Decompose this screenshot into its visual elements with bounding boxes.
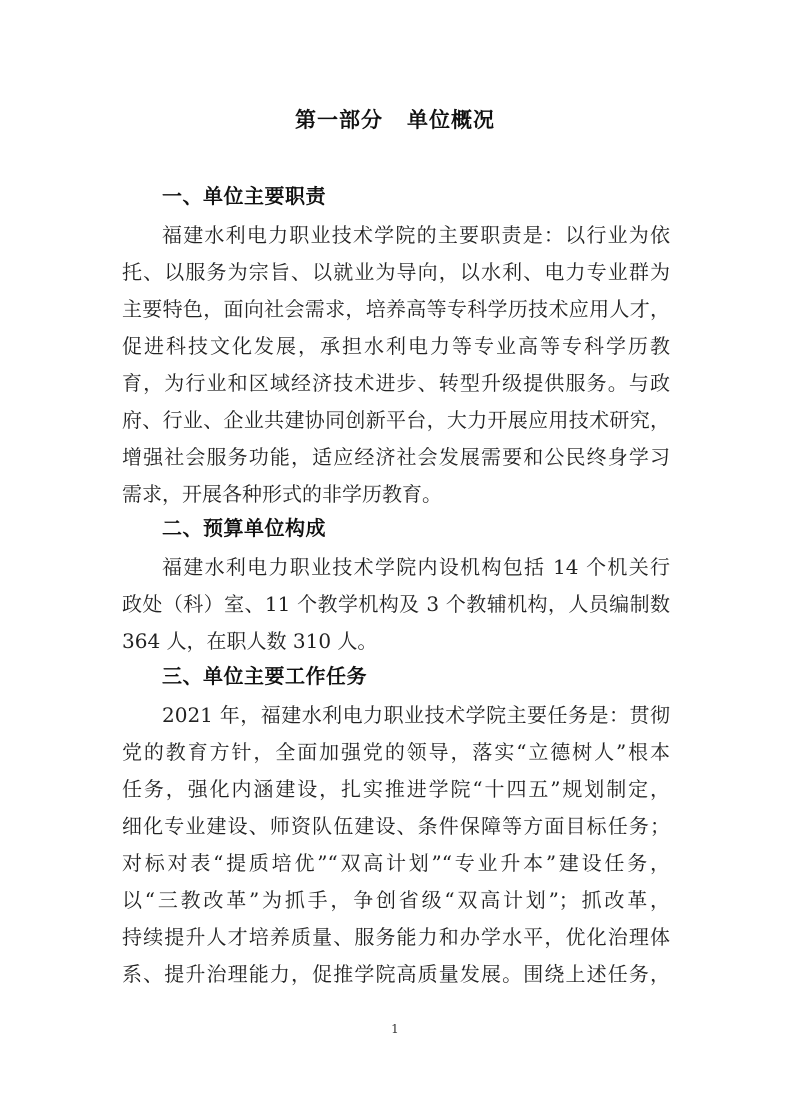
- text-line: 增强社会服务功能，适应经济社会发展需要和公民终身学习: [122, 439, 670, 476]
- title-part: 第一部分: [295, 108, 383, 132]
- section-body-tasks: 2021 年，福建水利电力职业技术学院主要任务是：贯彻 党的教育方针，全面加强党…: [122, 697, 670, 993]
- text-line: 任务，强化内涵建设，扎实推进学院“十四五”规划制定，: [122, 771, 670, 808]
- section-heading-duties: 一、单位主要职责: [162, 180, 326, 209]
- text-line: 细化专业建设、师资队伍建设、条件保障等方面目标任务；: [122, 808, 670, 845]
- section-heading-structure: 二、预算单位构成: [162, 512, 326, 541]
- text-line: 2021 年，福建水利电力职业技术学院主要任务是：贯彻: [122, 697, 670, 734]
- text-line: 福建水利电力职业技术学院内设机构包括 14 个机关行: [122, 549, 670, 586]
- text-line: 党的教育方针，全面加强党的领导，落实“立德树人”根本: [122, 734, 670, 771]
- text-line: 府、行业、企业共建协同创新平台，大力开展应用技术研究，: [122, 402, 670, 439]
- text-line: 托、以服务为宗旨、以就业为导向，以水利、电力专业群为: [122, 254, 670, 291]
- text-line: 以“三教改革”为抓手，争创省级“双高计划”；抓改革，: [122, 882, 670, 919]
- section-heading-tasks: 三、单位主要工作任务: [162, 660, 367, 689]
- title-name: 单位概况: [407, 108, 495, 132]
- document-page: 第一部分单位概况 一、单位主要职责 福建水利电力职业技术学院的主要职责是：以行业…: [0, 0, 790, 1118]
- text-line: 需求，开展各种形式的非学历教育。: [122, 476, 670, 513]
- text-line: 育，为行业和区域经济技术进步、转型升级提供服务。与政: [122, 365, 670, 402]
- text-line: 福建水利电力职业技术学院的主要职责是：以行业为依: [122, 217, 670, 254]
- text-line: 对标对表“提质培优”“双高计划”“专业升本”建设任务，: [122, 845, 670, 882]
- text-line: 系、提升治理能力，促推学院高质量发展。围绕上述任务，: [122, 956, 670, 993]
- text-line: 主要特色，面向社会需求，培养高等专科学历技术应用人才，: [122, 291, 670, 328]
- section-body-structure: 福建水利电力职业技术学院内设机构包括 14 个机关行 政处（科）室、11 个教学…: [122, 549, 670, 660]
- text-line: 持续提升人才培养质量、服务能力和办学水平，优化治理体: [122, 919, 670, 956]
- text-line: 政处（科）室、11 个教学机构及 3 个教辅机构，人员编制数: [122, 586, 670, 623]
- page-title: 第一部分单位概况: [0, 104, 790, 134]
- text-line: 促进科技文化发展，承担水利电力等专业高等专科学历教: [122, 328, 670, 365]
- text-line: 364 人，在职人数 310 人。: [122, 623, 670, 660]
- page-number: 1: [0, 1022, 790, 1036]
- section-body-duties: 福建水利电力职业技术学院的主要职责是：以行业为依 托、以服务为宗旨、以就业为导向…: [122, 217, 670, 513]
